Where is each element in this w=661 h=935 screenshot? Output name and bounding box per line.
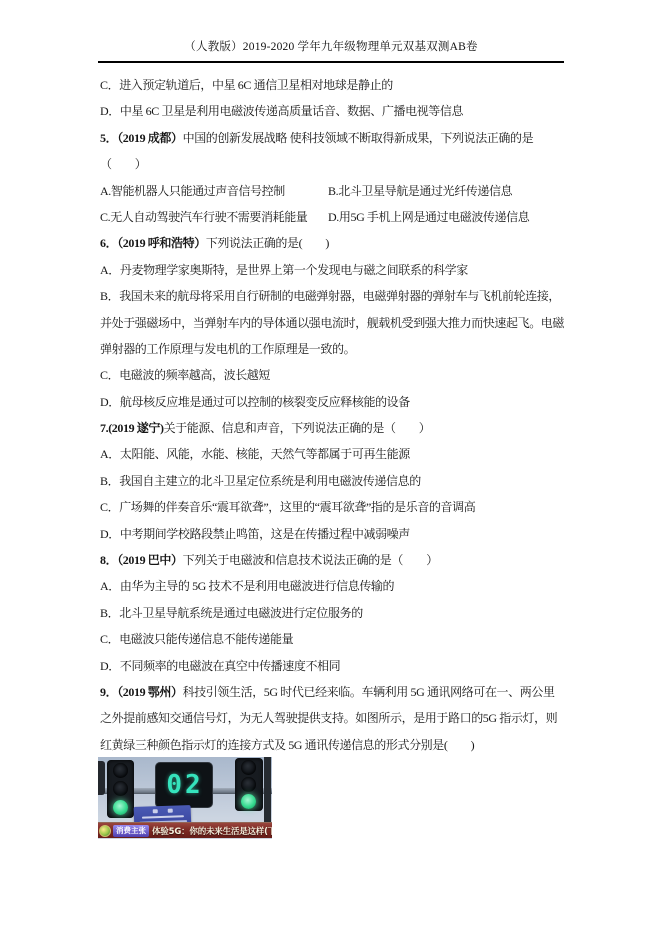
tv-program-logo-icon (99, 825, 111, 837)
caption-program-badge: 消费主张 (113, 825, 149, 837)
document-lines: C．进入预定轨道后，中星 6C 通信卫星相对地球是静止的D．中星 6C 卫星是利… (100, 72, 570, 758)
text-line: 红黄绿三种颜色指示灯的连接方式及 5G 通讯传递信息的形式分别是( ) (100, 732, 570, 758)
traffic-light-right (235, 758, 263, 811)
caption-title: 体验5G：你的未来生活是这样(下) (152, 825, 272, 837)
yellow-lamp-icon (241, 777, 256, 792)
text-line: D．中星 6C 卫星是利用电磁波传递高质量话音、数据、广播电视等信息 (100, 98, 570, 124)
text-line: C．进入预定轨道后，中星 6C 通信卫星相对地球是静止的 (100, 72, 570, 98)
countdown-display: 02 (166, 770, 203, 800)
red-lamp-icon (241, 760, 256, 775)
text-line: B．北斗卫星导航系统是通过电磁波进行定位服务的 (100, 600, 570, 626)
banner-logos (134, 805, 191, 814)
yellow-lamp-icon (113, 781, 128, 796)
text-line: B．我国自主建立的北斗卫星定位系统是利用电磁波传递信息的 (100, 468, 570, 494)
traffic-light-left (107, 760, 134, 818)
text-line: 6．（2019 呼和浩特）下列说法正确的是( ) (100, 230, 570, 256)
signal-pole (264, 757, 271, 825)
countdown-box: 02 (155, 762, 213, 808)
text-line: D．不同频率的电磁波在真空中传播速度不相同 (100, 653, 570, 679)
text-line: 7.(2019 遂宁)关于能源、信息和声音，下列说法正确的是（ ） (100, 415, 570, 441)
text-line: A．丹麦物理学家奥斯特，是世界上第一个发现电与磁之间联系的科学家 (100, 257, 570, 283)
text-line: B．我国未来的航母将采用自行研制的电磁弹射器，电磁弹射器的弹射车与飞机前轮连接， (100, 283, 570, 309)
text-line: （ ） (100, 151, 570, 177)
text-line: 弹射器的工作原理与发电机的工作原理是一致的。 (100, 336, 570, 362)
text-line: C.无人自动驾驶汽车行驶不需要消耗能量D.用5G 手机上网是通过电磁波传递信息 (100, 204, 570, 230)
text-line: 5．（2019 成都）中国的创新发展战略 使科技领域不断取得新成果，下列说法正确… (100, 125, 570, 151)
text-line: A.智能机器人只能通过声音信号控制B.北斗卫星导航是通过光纤传递信息 (100, 178, 570, 204)
text-line: 8．（2019 巴中）下列关于电磁波和信息技术说法正确的是（ ） (100, 547, 570, 573)
text-line: A．由华为主导的 5G 技术不是利用电磁波进行信息传输的 (100, 573, 570, 599)
text-line: A．太阳能、风能，水能、核能，天然气等都属于可再生能源 (100, 441, 570, 467)
text-line: 9．（2019 鄂州）科技引领生活，5G 时代已经来临。车辆利用 5G 通讯网络… (100, 679, 570, 705)
banner-text-line (141, 815, 183, 818)
video-caption-bar: 消费主张 体验5G：你的未来生活是这样(下) (98, 822, 272, 838)
page-header: （人教版）2019-2020 学年九年级物理单元双基双测AB卷 (98, 40, 564, 63)
text-line: C．广场舞的伴奏音乐“震耳欲聋”，这里的“震耳欲聋”指的是乐音的音调高 (100, 494, 570, 520)
green-lamp-icon (241, 794, 256, 809)
header-title: （人教版）2019-2020 学年九年级物理单元双基双测AB卷 (184, 41, 477, 53)
traffic-light-edge (98, 761, 105, 795)
text-line: C．电磁波只能传递信息不能传递能量 (100, 626, 570, 652)
text-line: 并处于强磁场中，当弹射车内的导体通以强电流时，舰载机受到强大推力而快速起飞。电磁 (100, 310, 570, 336)
text-line: D．航母核反应堆是通过可以控制的核裂变反应释核能的设备 (100, 389, 570, 415)
red-lamp-icon (113, 763, 128, 778)
text-line: 之外提前感知交通信号灯，为无人驾驶提供支持。如图所示，是用于路口的5G 指示灯，… (100, 705, 570, 731)
traffic-light-photo: 02 消费主张 体验5G：你的未来生活是这样(下) (98, 757, 272, 839)
text-line: D．中考期间学校路段禁止鸣笛，这是在传播过程中减弱噪声 (100, 521, 570, 547)
green-lamp-icon (113, 800, 128, 815)
text-line: C．电磁波的频率越高，波长越短 (100, 362, 570, 388)
